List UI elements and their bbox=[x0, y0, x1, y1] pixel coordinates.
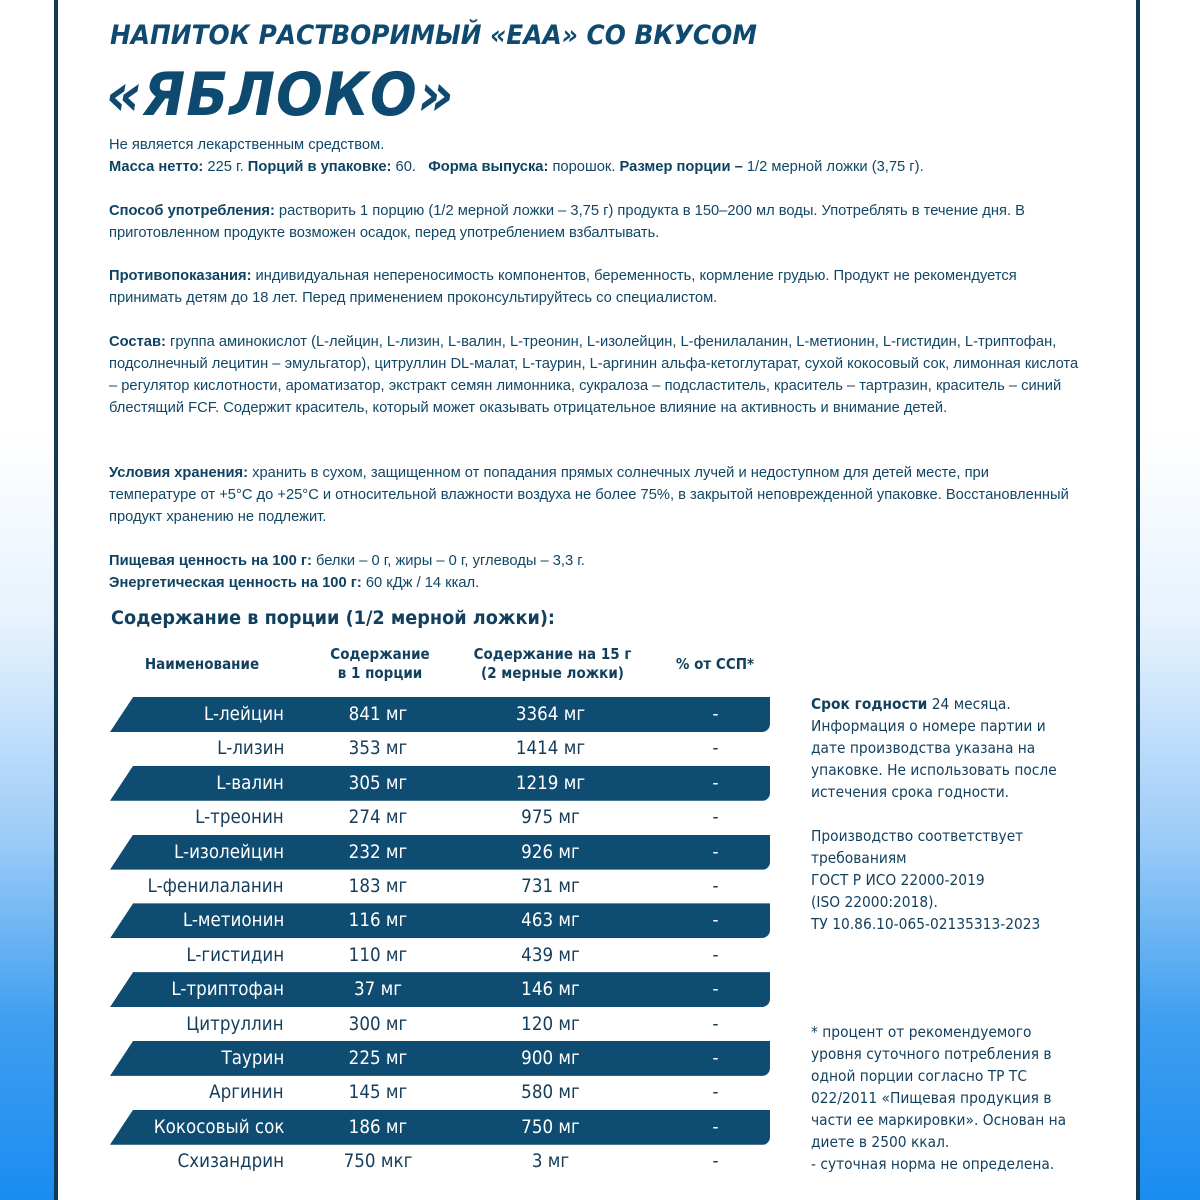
percent-value: - bbox=[674, 1147, 758, 1175]
not-medicine-note: Не является лекарственным средством. bbox=[109, 134, 1079, 156]
header-per-15g-line2: (2 мерные ложки) bbox=[465, 664, 641, 683]
left-border-line bbox=[54, 0, 58, 1200]
table-row: L-фенилаланин183 мг731 мг- bbox=[108, 868, 770, 902]
per-15g-value: 120 мг bbox=[487, 1010, 615, 1038]
ingredient-name: Кокосовый сок bbox=[153, 1113, 284, 1141]
per-15g-value: 1219 мг bbox=[487, 769, 615, 797]
per-serving-value: 145 мг bbox=[316, 1078, 439, 1106]
ingredient-name: Таурин bbox=[221, 1044, 284, 1072]
storage-value: хранить в сухом, защищенном от попадания… bbox=[109, 464, 1069, 525]
serving-size-label: Размер порции – bbox=[620, 158, 743, 175]
standards-line: Производство соответствует bbox=[811, 825, 1087, 847]
table-row: Аргинин145 мг580 мг- bbox=[108, 1074, 770, 1108]
shelf-life-value: 24 месяца. bbox=[927, 695, 1010, 713]
table-header: Наименование Содержание в 1 порции Содер… bbox=[110, 645, 770, 689]
table-row: L-изолейцин232 мг926 мг- bbox=[108, 834, 770, 868]
table-row: L-треонин274 мг975 мг- bbox=[108, 799, 770, 833]
standards-line: (ISO 22000:2018). bbox=[811, 891, 1087, 913]
per-15g-value: 731 мг bbox=[487, 872, 615, 900]
per-15g-value: 3 мг bbox=[487, 1147, 615, 1175]
shelf-info-line: истечения срока годности. bbox=[811, 781, 1087, 803]
table-row: Таурин225 мг900 мг- bbox=[108, 1040, 770, 1074]
net-weight-value: 225 г. bbox=[203, 158, 247, 175]
header-percent: % от ССП* bbox=[666, 655, 765, 674]
table-row: L-лизин353 мг1414 мг- bbox=[108, 730, 770, 764]
shelf-info-line: Информация о номере партии и bbox=[811, 715, 1087, 737]
ingredient-name: Цитруллин bbox=[187, 1010, 284, 1038]
ingredient-name: L-метионин bbox=[182, 906, 284, 934]
composition-value: группа аминокислот (L-лейцин, L-лизин, L… bbox=[109, 333, 1078, 416]
shelf-info-line: упаковке. Не использовать после bbox=[811, 759, 1087, 781]
per-serving-value: 232 мг bbox=[316, 838, 439, 866]
per-serving-value: 300 мг bbox=[316, 1010, 439, 1038]
composition-label: Состав: bbox=[109, 333, 166, 350]
ingredient-name: L-фенилаланин bbox=[148, 872, 284, 900]
ingredient-name: L-треонин bbox=[195, 803, 284, 831]
percent-value: - bbox=[674, 1044, 758, 1072]
per-15g-value: 146 мг bbox=[487, 975, 615, 1003]
storage-label: Условия хранения: bbox=[109, 464, 248, 481]
percent-value: - bbox=[674, 906, 758, 934]
percent-value: - bbox=[674, 769, 758, 797]
percent-value: - bbox=[674, 803, 758, 831]
per-serving-value: 750 мкг bbox=[316, 1147, 439, 1175]
per-15g-value: 463 мг bbox=[487, 906, 615, 934]
nutrition-label: Пищевая ценность на 100 г: bbox=[109, 552, 312, 569]
footnote-block: * процент от рекомендуемого уровня суточ… bbox=[811, 1021, 1087, 1175]
per-serving-value: 841 мг bbox=[316, 700, 439, 728]
ingredient-name: L-лейцин bbox=[204, 700, 284, 728]
per-15g-value: 580 мг bbox=[487, 1078, 615, 1106]
per-15g-value: 1414 мг bbox=[487, 734, 615, 762]
storage-paragraph: Условия хранения: хранить в сухом, защищ… bbox=[109, 462, 1079, 528]
percent-value: - bbox=[674, 1010, 758, 1038]
nutrition-value: белки – 0 г, жиры – 0 г, углеводы – 3,3 … bbox=[312, 552, 585, 569]
energy-line: Энергетическая ценность на 100 г: 60 кДж… bbox=[109, 572, 1079, 594]
energy-value: 60 кДж / 14 ккал. bbox=[362, 574, 479, 591]
left-gradient-border bbox=[0, 0, 55, 1200]
package-info-line: Масса нетто: 225 г. Порций в упаковке: 6… bbox=[109, 156, 1079, 178]
per-serving-value: 274 мг bbox=[316, 803, 439, 831]
contraindications-label: Противопоказания: bbox=[109, 267, 251, 284]
nutrition-line: Пищевая ценность на 100 г: белки – 0 г, … bbox=[109, 550, 1079, 572]
percent-value: - bbox=[674, 838, 758, 866]
header-per-serving-line1: Содержание bbox=[313, 645, 448, 664]
footnote-line: диете в 2500 ккал. bbox=[811, 1131, 1087, 1153]
serving-content-title: Содержание в порции (1/2 мерной ложки): bbox=[111, 607, 555, 629]
percent-value: - bbox=[674, 700, 758, 728]
right-border-line bbox=[1136, 0, 1140, 1200]
footnote-line: уровня суточного потребления в bbox=[811, 1043, 1087, 1065]
ingredient-name: L-лизин bbox=[217, 734, 284, 762]
basic-info: Не является лекарственным средством. Мас… bbox=[109, 134, 1079, 178]
header-per-serving-line2: в 1 порции bbox=[313, 664, 448, 683]
servings-label: Порций в упаковке: bbox=[248, 158, 392, 175]
footnote-line: одной порции согласно ТР ТС bbox=[811, 1065, 1087, 1087]
table-row: Кокосовый сок186 мг750 мг- bbox=[108, 1109, 770, 1143]
net-weight-label: Масса нетто: bbox=[109, 158, 203, 175]
nutrition-paragraph: Пищевая ценность на 100 г: белки – 0 г, … bbox=[109, 550, 1079, 594]
percent-value: - bbox=[674, 1078, 758, 1106]
ingredient-name: Аргинин bbox=[210, 1078, 284, 1106]
per-15g-value: 750 мг bbox=[487, 1113, 615, 1141]
percent-value: - bbox=[674, 1113, 758, 1141]
product-title-line1: НАПИТОК РАСТВОРИМЫЙ «EAA» СО ВКУСОМ bbox=[110, 20, 757, 51]
ingredient-name: L-гистидин bbox=[186, 941, 284, 969]
table-row: L-валин305 мг1219 мг- bbox=[108, 765, 770, 799]
per-serving-value: 225 мг bbox=[316, 1044, 439, 1072]
footnote-line: * процент от рекомендуемого bbox=[811, 1021, 1087, 1043]
table-row: L-триптофан37 мг146 мг- bbox=[108, 971, 770, 1005]
table-row: Цитруллин300 мг120 мг- bbox=[108, 1006, 770, 1040]
standards-line: ТУ 10.86.10-065-02135313-2023 bbox=[811, 913, 1087, 935]
product-title-flavor: «ЯБЛОКО» bbox=[106, 60, 455, 130]
ingredient-name: L-валин bbox=[216, 769, 284, 797]
header-per-15g-line1: Содержание на 15 г bbox=[465, 645, 641, 664]
table-row: L-метионин116 мг463 мг- bbox=[108, 902, 770, 936]
form-value: порошок. bbox=[548, 158, 619, 175]
footnote-line: - суточная норма не определена. bbox=[811, 1153, 1087, 1175]
right-gradient-border bbox=[1138, 0, 1200, 1200]
row-band bbox=[110, 1041, 770, 1076]
per-15g-value: 926 мг bbox=[487, 838, 615, 866]
percent-value: - bbox=[674, 975, 758, 1003]
per-15g-value: 900 мг bbox=[487, 1044, 615, 1072]
per-15g-value: 3364 мг bbox=[487, 700, 615, 728]
footnote-line: части ее маркировки». Основан на bbox=[811, 1109, 1087, 1131]
standards-line: требованиям bbox=[811, 847, 1087, 869]
header-per-15g: Содержание на 15 г (2 мерные ложки) bbox=[465, 645, 641, 683]
ingredient-table: L-лейцин841 мг3364 мг-L-лизин353 мг1414 … bbox=[108, 696, 770, 1177]
footnote-line: 022/2011 «Пищевая продукция в bbox=[811, 1087, 1087, 1109]
per-15g-value: 975 мг bbox=[487, 803, 615, 831]
table-row: L-лейцин841 мг3364 мг- bbox=[108, 696, 770, 730]
per-serving-value: 186 мг bbox=[316, 1113, 439, 1141]
standards-block: Производство соответствует требованиям Г… bbox=[811, 825, 1087, 935]
per-serving-value: 116 мг bbox=[316, 906, 439, 934]
composition-paragraph: Состав: группа аминокислот (L-лейцин, L-… bbox=[109, 331, 1079, 419]
contraindications-paragraph: Противопоказания: индивидуальная неперен… bbox=[109, 265, 1079, 309]
ingredient-name: L-триптофан bbox=[171, 975, 284, 1003]
ingredient-name: L-изолейцин bbox=[174, 838, 284, 866]
row-band bbox=[110, 766, 770, 801]
usage-label: Способ употребления: bbox=[109, 202, 275, 219]
shelf-life-line: Срок годности 24 месяца. bbox=[811, 693, 1087, 715]
per-serving-value: 110 мг bbox=[316, 941, 439, 969]
shelf-life-block: Срок годности 24 месяца. Информация о но… bbox=[811, 693, 1087, 803]
per-serving-value: 305 мг bbox=[316, 769, 439, 797]
servings-value: 60. bbox=[391, 158, 428, 175]
standards-line: ГОСТ Р ИСО 22000-2019 bbox=[811, 869, 1087, 891]
per-15g-value: 439 мг bbox=[487, 941, 615, 969]
percent-value: - bbox=[674, 872, 758, 900]
energy-label: Энергетическая ценность на 100 г: bbox=[109, 574, 362, 591]
usage-paragraph: Способ употребления: растворить 1 порцию… bbox=[109, 200, 1079, 244]
table-row: Схизандрин750 мкг3 мг- bbox=[108, 1143, 770, 1177]
header-per-serving: Содержание в 1 порции bbox=[313, 645, 448, 683]
per-serving-value: 183 мг bbox=[316, 872, 439, 900]
per-serving-value: 37 мг bbox=[316, 975, 439, 1003]
serving-size-value: 1/2 мерной ложки (3,75 г). bbox=[743, 158, 924, 175]
per-serving-value: 353 мг bbox=[316, 734, 439, 762]
shelf-life-label: Срок годности bbox=[811, 695, 927, 713]
form-label: Форма выпуска: bbox=[428, 158, 548, 175]
shelf-info-line: дате производства указана на bbox=[811, 737, 1087, 759]
percent-value: - bbox=[674, 941, 758, 969]
table-row: L-гистидин110 мг439 мг- bbox=[108, 937, 770, 971]
ingredient-name: Схизандрин bbox=[178, 1147, 284, 1175]
header-name: Наименование bbox=[139, 655, 265, 674]
percent-value: - bbox=[674, 734, 758, 762]
